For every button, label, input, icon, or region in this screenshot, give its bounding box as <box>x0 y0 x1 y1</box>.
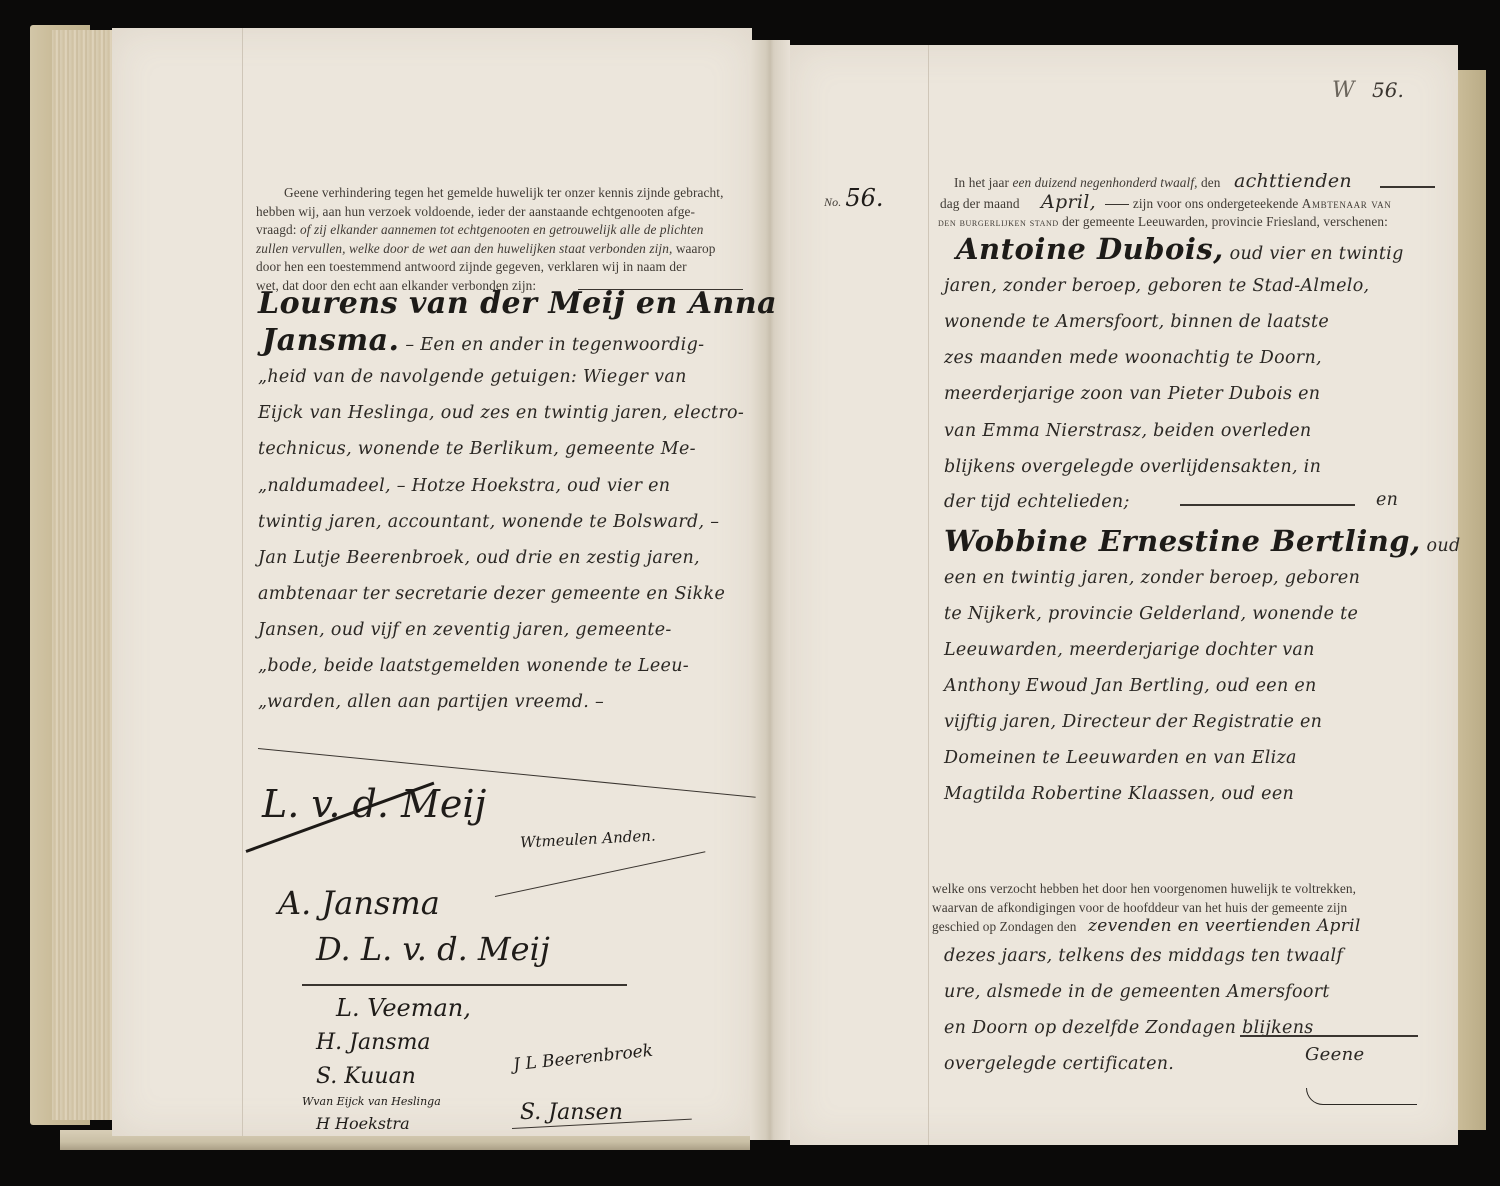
text-line: Geene verhindering tegen het gemelde huw… <box>256 184 750 203</box>
text-line: geschied op Zondagen den zevenden en vee… <box>932 917 1437 937</box>
handwritten-line: twintig jaren, accountant, wonende te Bo… <box>258 512 719 532</box>
text-line: hebben wij, aan hun verzoek voldoende, i… <box>256 203 750 222</box>
handwritten-line: en <box>1376 490 1398 510</box>
handwritten-line: Eijck van Heslinga, oud zes en twintig j… <box>258 403 744 423</box>
handwritten-line: technicus, wonende te Berlikum, gemeente… <box>258 439 696 459</box>
catchword-flourish <box>1306 1088 1417 1105</box>
record-number-value: 56. <box>845 184 883 212</box>
text-line: waarvan de afkondigingen voor de hoofdde… <box>932 899 1437 918</box>
folio-number: 56. <box>1372 78 1404 102</box>
book-gutter <box>750 40 790 1140</box>
text-line: zullen vervullen, welke door de wet aan … <box>256 240 750 259</box>
handwritten-line: overgelegde certificaten. <box>944 1054 1174 1074</box>
handwritten-line: meerderjarige zoon van Pieter Dubois en <box>944 384 1320 404</box>
catchword: Geene <box>1305 1044 1364 1065</box>
handwritten-line: vijftig jaren, Directeur der Registratie… <box>944 712 1322 732</box>
bride-signature: A. Jansma <box>278 884 440 922</box>
fill-rule <box>1240 1035 1418 1037</box>
left-margin-rule <box>242 28 243 1136</box>
handwritten-line: blijkens overgelegde overlijdensakten, i… <box>944 457 1321 477</box>
witness-signature: L. Veeman, <box>336 994 471 1022</box>
folio-mark: W <box>1332 78 1355 103</box>
handwritten-line: „naldumadeel, – Hotze Hoekstra, oud vier… <box>258 476 670 496</box>
month-field: April, <box>1041 191 1096 213</box>
father-signature: D. L. v. d. Meij <box>316 930 550 968</box>
handwritten-line: Domeinen te Leeuwarden en van Eliza <box>944 748 1297 768</box>
handwritten-line: te Nijkerk, provincie Gelderland, wonend… <box>944 604 1358 624</box>
handwritten-line: zes maanden mede woonachtig te Doorn, <box>944 348 1322 368</box>
handwritten-line: jaren, zonder beroep, geboren te Stad-Al… <box>944 276 1369 296</box>
groom-name: Antoine Dubois, <box>956 232 1224 266</box>
left-printed-intro: Geene verhindering tegen het gemelde huw… <box>256 184 750 296</box>
witness-signature: S. Kuuan <box>316 1064 416 1089</box>
book-cover-right <box>1456 70 1486 1130</box>
text-line: welke ons verzocht hebben het door hen v… <box>932 880 1437 899</box>
signature-flourish <box>302 984 627 986</box>
record-number: No. 56. <box>824 184 883 212</box>
fill-rule <box>1180 504 1355 506</box>
groom-line: Antoine Dubois, oud vier en twintig <box>956 232 1404 266</box>
text-line: door hen een toestemmend antwoord zijnde… <box>256 258 750 277</box>
right-printed-footer: welke ons verzocht hebben het door hen v… <box>932 880 1437 937</box>
bride-name: Wobbine Ernestine Bertling, <box>944 524 1421 558</box>
handwritten-line: ambtenaar ter secretarie dezer gemeente … <box>258 584 725 604</box>
page-edges-left <box>52 30 117 1120</box>
handwritten-line: een en twintig jaren, zonder beroep, geb… <box>944 568 1360 588</box>
handwritten-line: Anthony Ewoud Jan Bertling, oud een en <box>944 676 1317 696</box>
text-line: dag der maand April, zijn voor ons onder… <box>940 193 1440 214</box>
right-margin-rule <box>928 45 929 1145</box>
handwritten-line: Jan Lutje Beerenbroek, oud drie en zesti… <box>258 548 700 568</box>
handwritten-line: Magtilda Robertine Klaassen, oud een <box>944 784 1294 804</box>
handwritten-line: „heid van de navolgende getuigen: Wieger… <box>258 367 687 387</box>
handwritten-line: Leeuwarden, meerderjarige dochter van <box>944 640 1315 660</box>
handwritten-line: der tijd echtelieden; <box>944 492 1130 512</box>
text-line: vraagd: of zij elkander aannemen tot ech… <box>256 221 750 240</box>
handwritten-line: ure, alsmede in de gemeenten Amersfoort <box>944 982 1330 1002</box>
handwritten-line: Jansma. – Een en ander in tegenwoordig- <box>262 323 704 358</box>
record-number-label: No. <box>824 195 841 209</box>
witness-signature: H Hoekstra <box>316 1114 410 1133</box>
right-printed-header: In het jaar een duizend negenhonderd twa… <box>940 172 1440 233</box>
couple-names: Lourens van der Meij en Anna <box>258 286 777 321</box>
text-line: den burgerlijken stand der gemeente Leeu… <box>938 213 1440 233</box>
handwritten-line: van Emma Nierstrasz, beiden overleden <box>944 421 1311 441</box>
text-line: In het jaar een duizend negenhonderd twa… <box>940 172 1440 193</box>
handwritten-line: dezes jaars, telkens des middags ten twa… <box>944 946 1343 966</box>
handwritten-line: wonende te Amersfoort, binnen de laatste <box>944 312 1329 332</box>
witness-signature: H. Jansma <box>316 1030 431 1055</box>
witness-signature: Wvan Eijck van Heslinga <box>302 1095 441 1108</box>
day-field: achttienden <box>1234 170 1352 192</box>
witness-signature: S. Jansen <box>520 1100 623 1125</box>
bride-line: Wobbine Ernestine Bertling, oud <box>944 524 1460 558</box>
handwritten-line: Jansen, oud vijf en zeventig jaren, geme… <box>258 620 672 640</box>
